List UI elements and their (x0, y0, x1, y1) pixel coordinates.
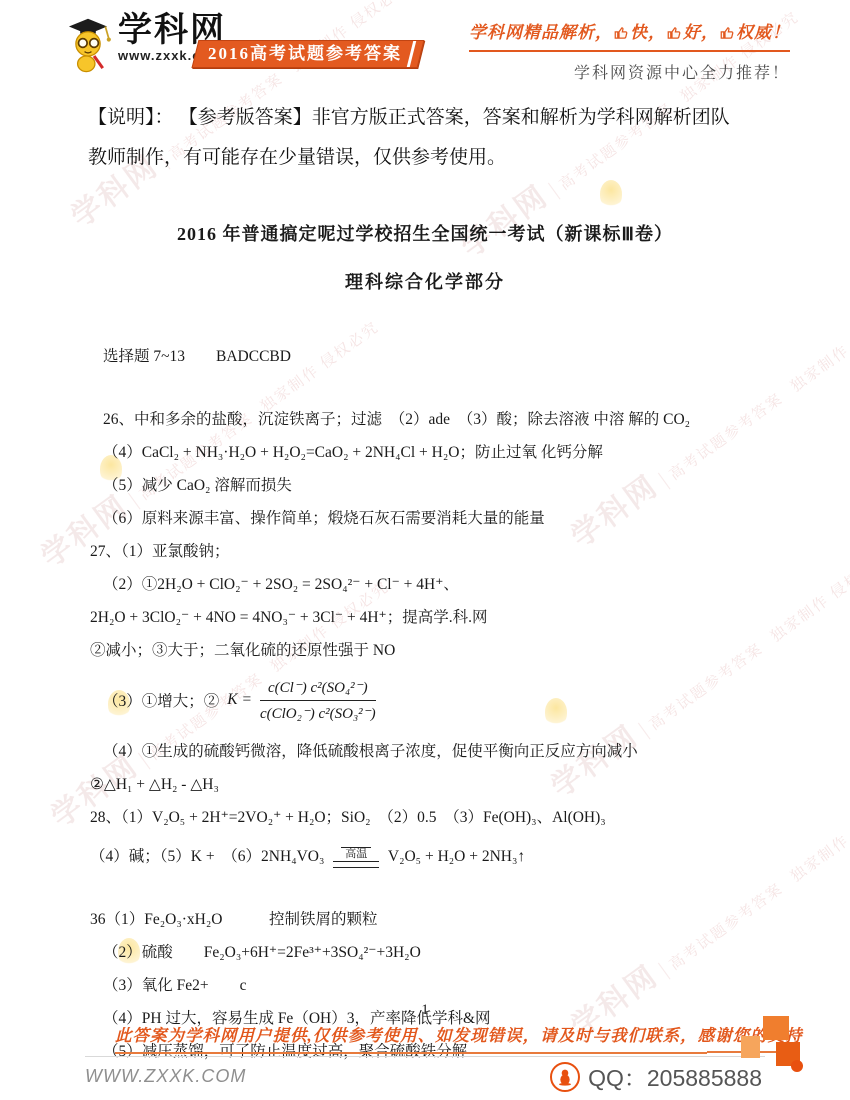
document-page: 学科网|高考试题参考答案独家制作 侵权必究 学科网|高考试题参考答案独家制作 侵… (0, 0, 850, 1100)
reaction-condition-equals: 高温 (333, 847, 379, 868)
answer-line-q27-6: ②△H₁ + △H₂ - △H₃ (0, 768, 850, 801)
k-symbol: K = (227, 691, 252, 709)
answer-line-q26-4: （6）原料来源丰富、操作简单；煅烧石灰石需要消耗大量的能量 (0, 502, 850, 535)
notice-line: 教师制作，有可能存在少量错误，仅供参考使用。 (88, 138, 765, 178)
equation-after: V₂O₅ + H₂O + 2NH₃↑ (388, 848, 525, 865)
exam-title: 2016 年普通搞定呢过学校招生全国统一考试（新课标Ⅲ卷） 理科综合化学部分 (0, 220, 850, 294)
banner-text: 2016高考试题参考答案 (208, 41, 402, 67)
notice-line: 【说明】： 【参考版答案】非官方版正式答案，答案和解析为学科网解析团队 (88, 98, 765, 138)
thumb-up-icon (720, 25, 735, 45)
qq-number: QQ：205885888 (588, 1060, 762, 1093)
answer-line-q27-4: ②减小；③大于；二氧化硫的还原性强于 NO (0, 634, 850, 667)
page-footer: 1 此答案为学科网用户提供,仅供参考使用、如发现错误，请及时与我们联系，感谢您的… (0, 1000, 850, 1100)
fraction: c(Cl⁻) c²(SO₄²⁻) c(ClO₂⁻) c²(SO₃²⁻) (260, 678, 376, 723)
answer-line-q27-1: 27、（1）亚氯酸钠； (0, 535, 850, 568)
thumb-up-icon (614, 25, 629, 45)
document-content: 【说明】： 【参考版答案】非官方版正式答案，答案和解析为学科网解析团队 教师制作… (0, 98, 850, 1068)
equation-before: （4）碱；（5）K + （6）2NH₄VO₃ (90, 848, 324, 865)
qq-contact: QQ：205885888 (550, 1060, 762, 1093)
footer-separator (85, 1056, 765, 1057)
answer-line-q27-5: （4）①生成的硫酸钙微溶，降低硫酸根离子浓度，促使平衡向正反应方向减小 (0, 735, 850, 768)
answer-line-q26-2: （4）CaCl₂ + NH₃·H₂O + H₂O₂=CaO₂ + 2NH₄Cl … (0, 436, 850, 469)
decor-dot (791, 1060, 803, 1072)
exam-title-line1: 2016 年普通搞定呢过学校招生全国统一考试（新课标Ⅲ卷） (0, 220, 850, 246)
answer-line-q27-2: （2）①2H₂O + ClO₂⁻ + 2SO₂ = 2SO₄²⁻ + Cl⁻ +… (0, 568, 850, 601)
answer-line-q28-1: 28、（1）V₂O₅ + 2H⁺=2VO₂⁺ + H₂O；SiO₂ （2）0.5… (0, 801, 850, 834)
fraction-numerator: c(Cl⁻) c²(SO₄²⁻) (260, 678, 376, 701)
decor-square-medium (763, 1016, 789, 1040)
footer-bottom-row: WWW.ZXXK.COM QQ：205885888 (85, 1060, 762, 1096)
header-slogans: 学科网精品解析，快，好，权威！ 学科网资源中心全力推荐！ (469, 18, 790, 83)
exam-title-line2: 理科综合化学部分 (0, 268, 850, 294)
zxxk-mascot-icon (62, 12, 114, 79)
qq-icon (550, 1062, 580, 1092)
choice-answers: 选择题 7~13 BADCCBD (0, 340, 850, 373)
thumb-up-icon (667, 25, 682, 45)
answer-line-q26-3: （5）减少 CaO₂ 溶解而损失 (0, 469, 850, 502)
condition-label: 高温 (341, 847, 371, 861)
answer-banner: 2016高考试题参考答案 (192, 40, 425, 68)
decor-square-light (741, 1036, 760, 1058)
site-url: WWW.ZXXK.COM (85, 1066, 246, 1087)
header-sub-slogan: 学科网资源中心全力推荐！ (469, 60, 790, 83)
answer-line-q27-3: 2H₂O + 3ClO₂⁻ + 4NO = 4NO₃⁻ + 3Cl⁻ + 4H⁺… (0, 601, 850, 634)
notice-paragraph: 【说明】： 【参考版答案】非官方版正式答案，答案和解析为学科网解析团队 教师制作… (88, 98, 765, 178)
frac-prefix: （3）①增大；② (103, 689, 219, 711)
fraction-denominator: c(ClO₂⁻) c²(SO₃²⁻) (260, 701, 376, 723)
double-line (333, 861, 379, 868)
footer-notice: 此答案为学科网用户提供,仅供参考使用、如发现错误，请及时与我们联系，感谢您的支持 (115, 1022, 707, 1054)
thermal-decomposition-equation: （4）碱；（5）K + （6）2NH₄VO₃ 高温 V₂O₅ + H₂O + 2… (0, 840, 850, 873)
answer-body: 选择题 7~13 BADCCBD 26、中和多余的盐酸，沉淀铁离子；过滤 （2）… (0, 340, 850, 1068)
equilibrium-constant-expression: （3）①增大；② K = c(Cl⁻) c²(SO₄²⁻) c(ClO₂⁻) c… (0, 671, 850, 729)
answer-line-q26-1: 26、中和多余的盐酸，沉淀铁离子；过滤 （2）ade （3）酸；除去溶液 中溶 … (0, 403, 850, 436)
header-slogan: 学科网精品解析，快，好，权威！ (469, 18, 790, 52)
page-header: 学科网 www.zxxk.com 2016高考试题参考答案 学科网精品解析，快，… (62, 12, 790, 84)
answer-line-q36-1: 36（1）Fe₂O₃·xH₂O 控制铁屑的颗粒 (0, 903, 850, 936)
answer-line-q36-3: （3）氧化 Fe2+ c (0, 969, 850, 1002)
answer-line-q36-2: （2）硫酸 Fe₂O₃+6H⁺=2Fe³⁺+3SO₄²⁻+3H₂O (0, 936, 850, 969)
page-number: 1 (0, 1002, 850, 1019)
